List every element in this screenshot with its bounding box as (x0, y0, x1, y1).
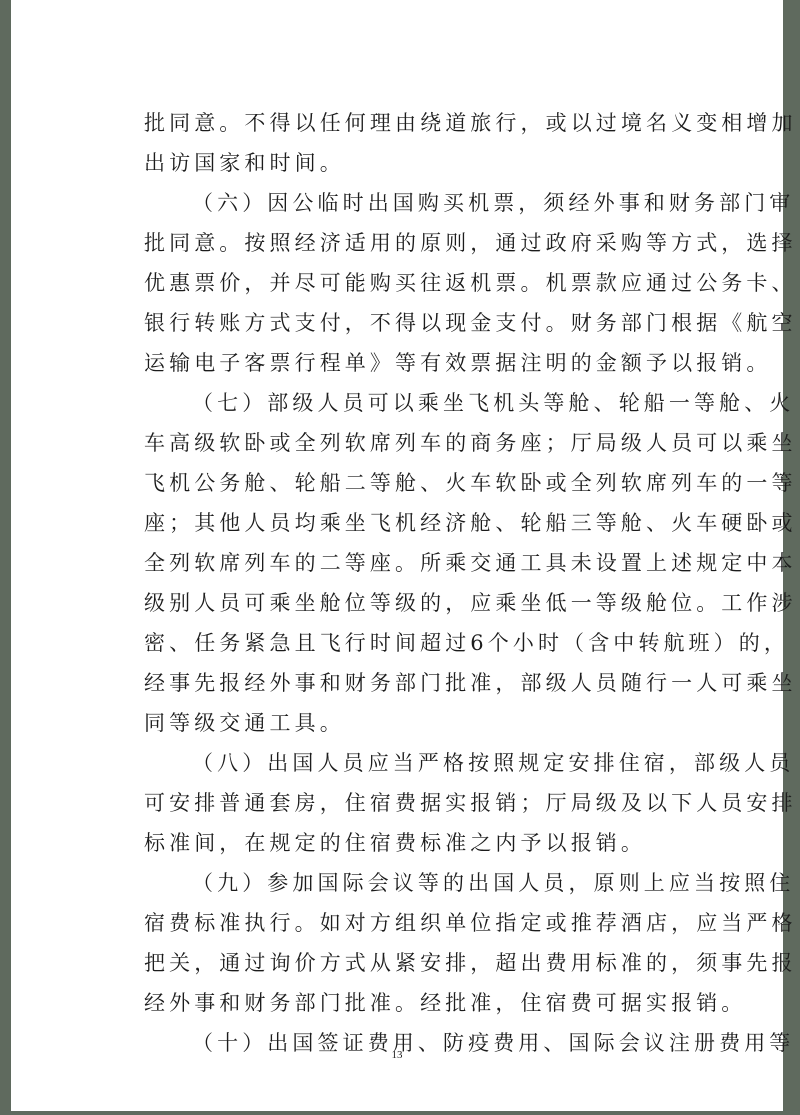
paragraph-start-line: （七）部级人员可以乘坐飞机头等舱、轮船一等舱、火 (144, 383, 722, 423)
paragraph-start-line: （九）参加国际会议等的出国人员，原则上应当按照住 (144, 863, 722, 903)
paragraph-start-line: （六）因公临时出国购买机票，须经外事和财务部门审 (144, 183, 722, 223)
text-line: 标准间，在规定的住宿费标准之内予以报销。 (144, 823, 722, 863)
text-line: 出访国家和时间。 (144, 143, 722, 183)
text-line: 经外事和财务部门批准。经批准，住宿费可据实报销。 (144, 983, 722, 1023)
text-line: 同等级交通工具。 (144, 703, 722, 743)
paragraph-start-line: （八）出国人员应当严格按照规定安排住宿，部级人员 (144, 743, 722, 783)
text-line: 批同意。不得以任何理由绕道旅行，或以过境名义变相增加 (144, 103, 722, 143)
text-line: 座；其他人员均乘坐飞机经济舱、轮船三等舱、火车硬卧或 (144, 503, 722, 543)
text-line: 全列软席列车的二等座。所乘交通工具未设置上述规定中本 (144, 543, 722, 583)
page-number: 13 (11, 1049, 783, 1061)
text-line: 批同意。按照经济适用的原则，通过政府采购等方式，选择 (144, 223, 722, 263)
text-line: 密、任务紧急且飞行时间超过6个小时（含中转航班）的， (144, 623, 722, 663)
text-line: 把关，通过询价方式从紧安排，超出费用标准的，须事先报 (144, 943, 722, 983)
text-line: 经事先报经外事和财务部门批准，部级人员随行一人可乘坐 (144, 663, 722, 703)
text-line: 银行转账方式支付，不得以现金支付。财务部门根据《航空 (144, 303, 722, 343)
text-line: 运输电子客票行程单》等有效票据注明的金额予以报销。 (144, 343, 722, 383)
document-page: 批同意。不得以任何理由绕道旅行，或以过境名义变相增加出访国家和时间。（六）因公临… (11, 0, 783, 1111)
text-line: 优惠票价，并尽可能购买往返机票。机票款应通过公务卡、 (144, 263, 722, 303)
document-body: 批同意。不得以任何理由绕道旅行，或以过境名义变相增加出访国家和时间。（六）因公临… (144, 103, 722, 1063)
text-line: 可安排普通套房，住宿费据实报销；厅局级及以下人员安排 (144, 783, 722, 823)
text-line: 车高级软卧或全列软席列车的商务座；厅局级人员可以乘坐 (144, 423, 722, 463)
text-line: 宿费标准执行。如对方组织单位指定或推荐酒店，应当严格 (144, 903, 722, 943)
text-line: 级别人员可乘坐舱位等级的，应乘坐低一等级舱位。工作涉 (144, 583, 722, 623)
text-line: 飞机公务舱、轮船二等舱、火车软卧或全列软席列车的一等 (144, 463, 722, 503)
